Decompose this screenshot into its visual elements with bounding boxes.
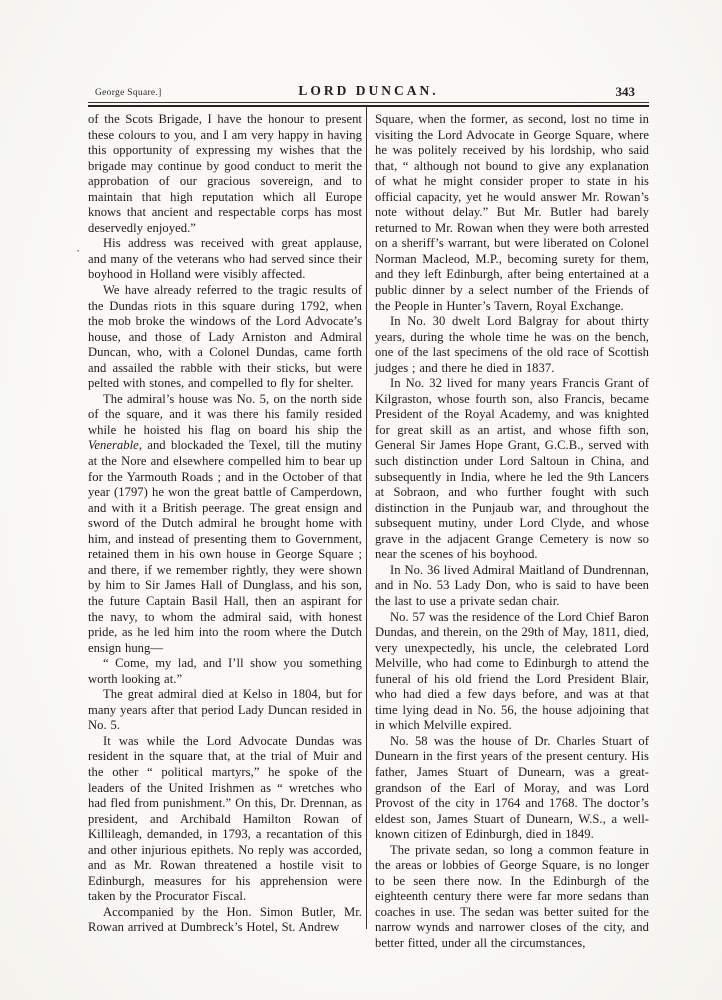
page-number: 343 bbox=[616, 84, 636, 100]
paragraph: Square, when the former, as second, lost… bbox=[375, 112, 649, 314]
paragraph: It was while the Lord Advocate Dundas wa… bbox=[88, 734, 362, 905]
page-title: LORD DUNCAN. bbox=[88, 83, 649, 99]
paragraph: Accompanied by the Hon. Simon Butler, Mr… bbox=[88, 905, 362, 936]
left-column: of the Scots Brigade, I have the honour … bbox=[88, 112, 362, 952]
quote-paragraph: “ Come, my lad, and I’ll show you someth… bbox=[88, 656, 362, 687]
paragraph: His address was received with great appl… bbox=[88, 236, 362, 283]
paragraph: The admiral’s house was No. 5, on the no… bbox=[88, 392, 362, 656]
paragraph: In No. 30 dwelt Lord Balgray for about t… bbox=[375, 314, 649, 376]
paragraph: The private sedan, so long a common feat… bbox=[375, 843, 649, 952]
paragraph: No. 57 was the residence of the Lord Chi… bbox=[375, 610, 649, 734]
paragraph: In No. 36 lived Admiral Maitland of Dund… bbox=[375, 563, 649, 610]
page-header: George Square.] LORD DUNCAN. 343 bbox=[88, 83, 649, 101]
paragraph-text: The admiral’s house was No. 5, on the no… bbox=[88, 392, 362, 437]
paragraph: of the Scots Brigade, I have the honour … bbox=[88, 112, 362, 236]
paragraph: In No. 32 lived for many years Francis G… bbox=[375, 376, 649, 563]
paragraph: The great admiral died at Kelso in 1804,… bbox=[88, 687, 362, 734]
right-column: Square, when the former, as second, lost… bbox=[375, 112, 649, 952]
scanned-book-page: George Square.] LORD DUNCAN. 343 · of th… bbox=[0, 0, 722, 1000]
header-rule-thin bbox=[88, 102, 649, 103]
header-rule-thick bbox=[88, 105, 649, 107]
paragraph-text: , and blockaded the Texel, till the muti… bbox=[88, 438, 362, 654]
paragraph: No. 58 was the house of Dr. Charles Stua… bbox=[375, 734, 649, 843]
page-body: of the Scots Brigade, I have the honour … bbox=[88, 112, 649, 952]
margin-dot-artifact: · bbox=[76, 243, 80, 259]
ship-name-italic: Venerable bbox=[88, 438, 139, 452]
paragraph: We have already referred to the tragic r… bbox=[88, 283, 362, 392]
